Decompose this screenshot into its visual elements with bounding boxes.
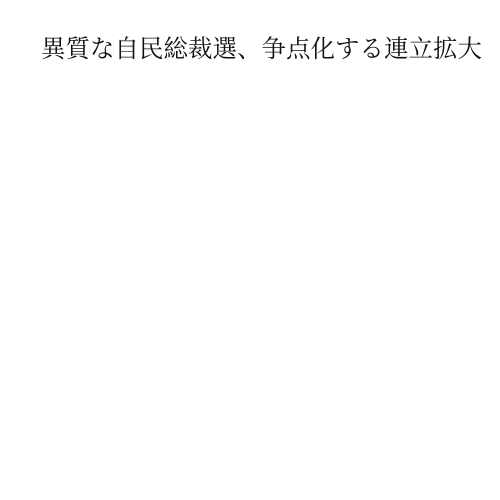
article-headline: 異質な自民総裁選、争点化する連立拡大 [41,33,482,65]
page: 異質な自民総裁選、争点化する連立拡大 [0,0,500,500]
